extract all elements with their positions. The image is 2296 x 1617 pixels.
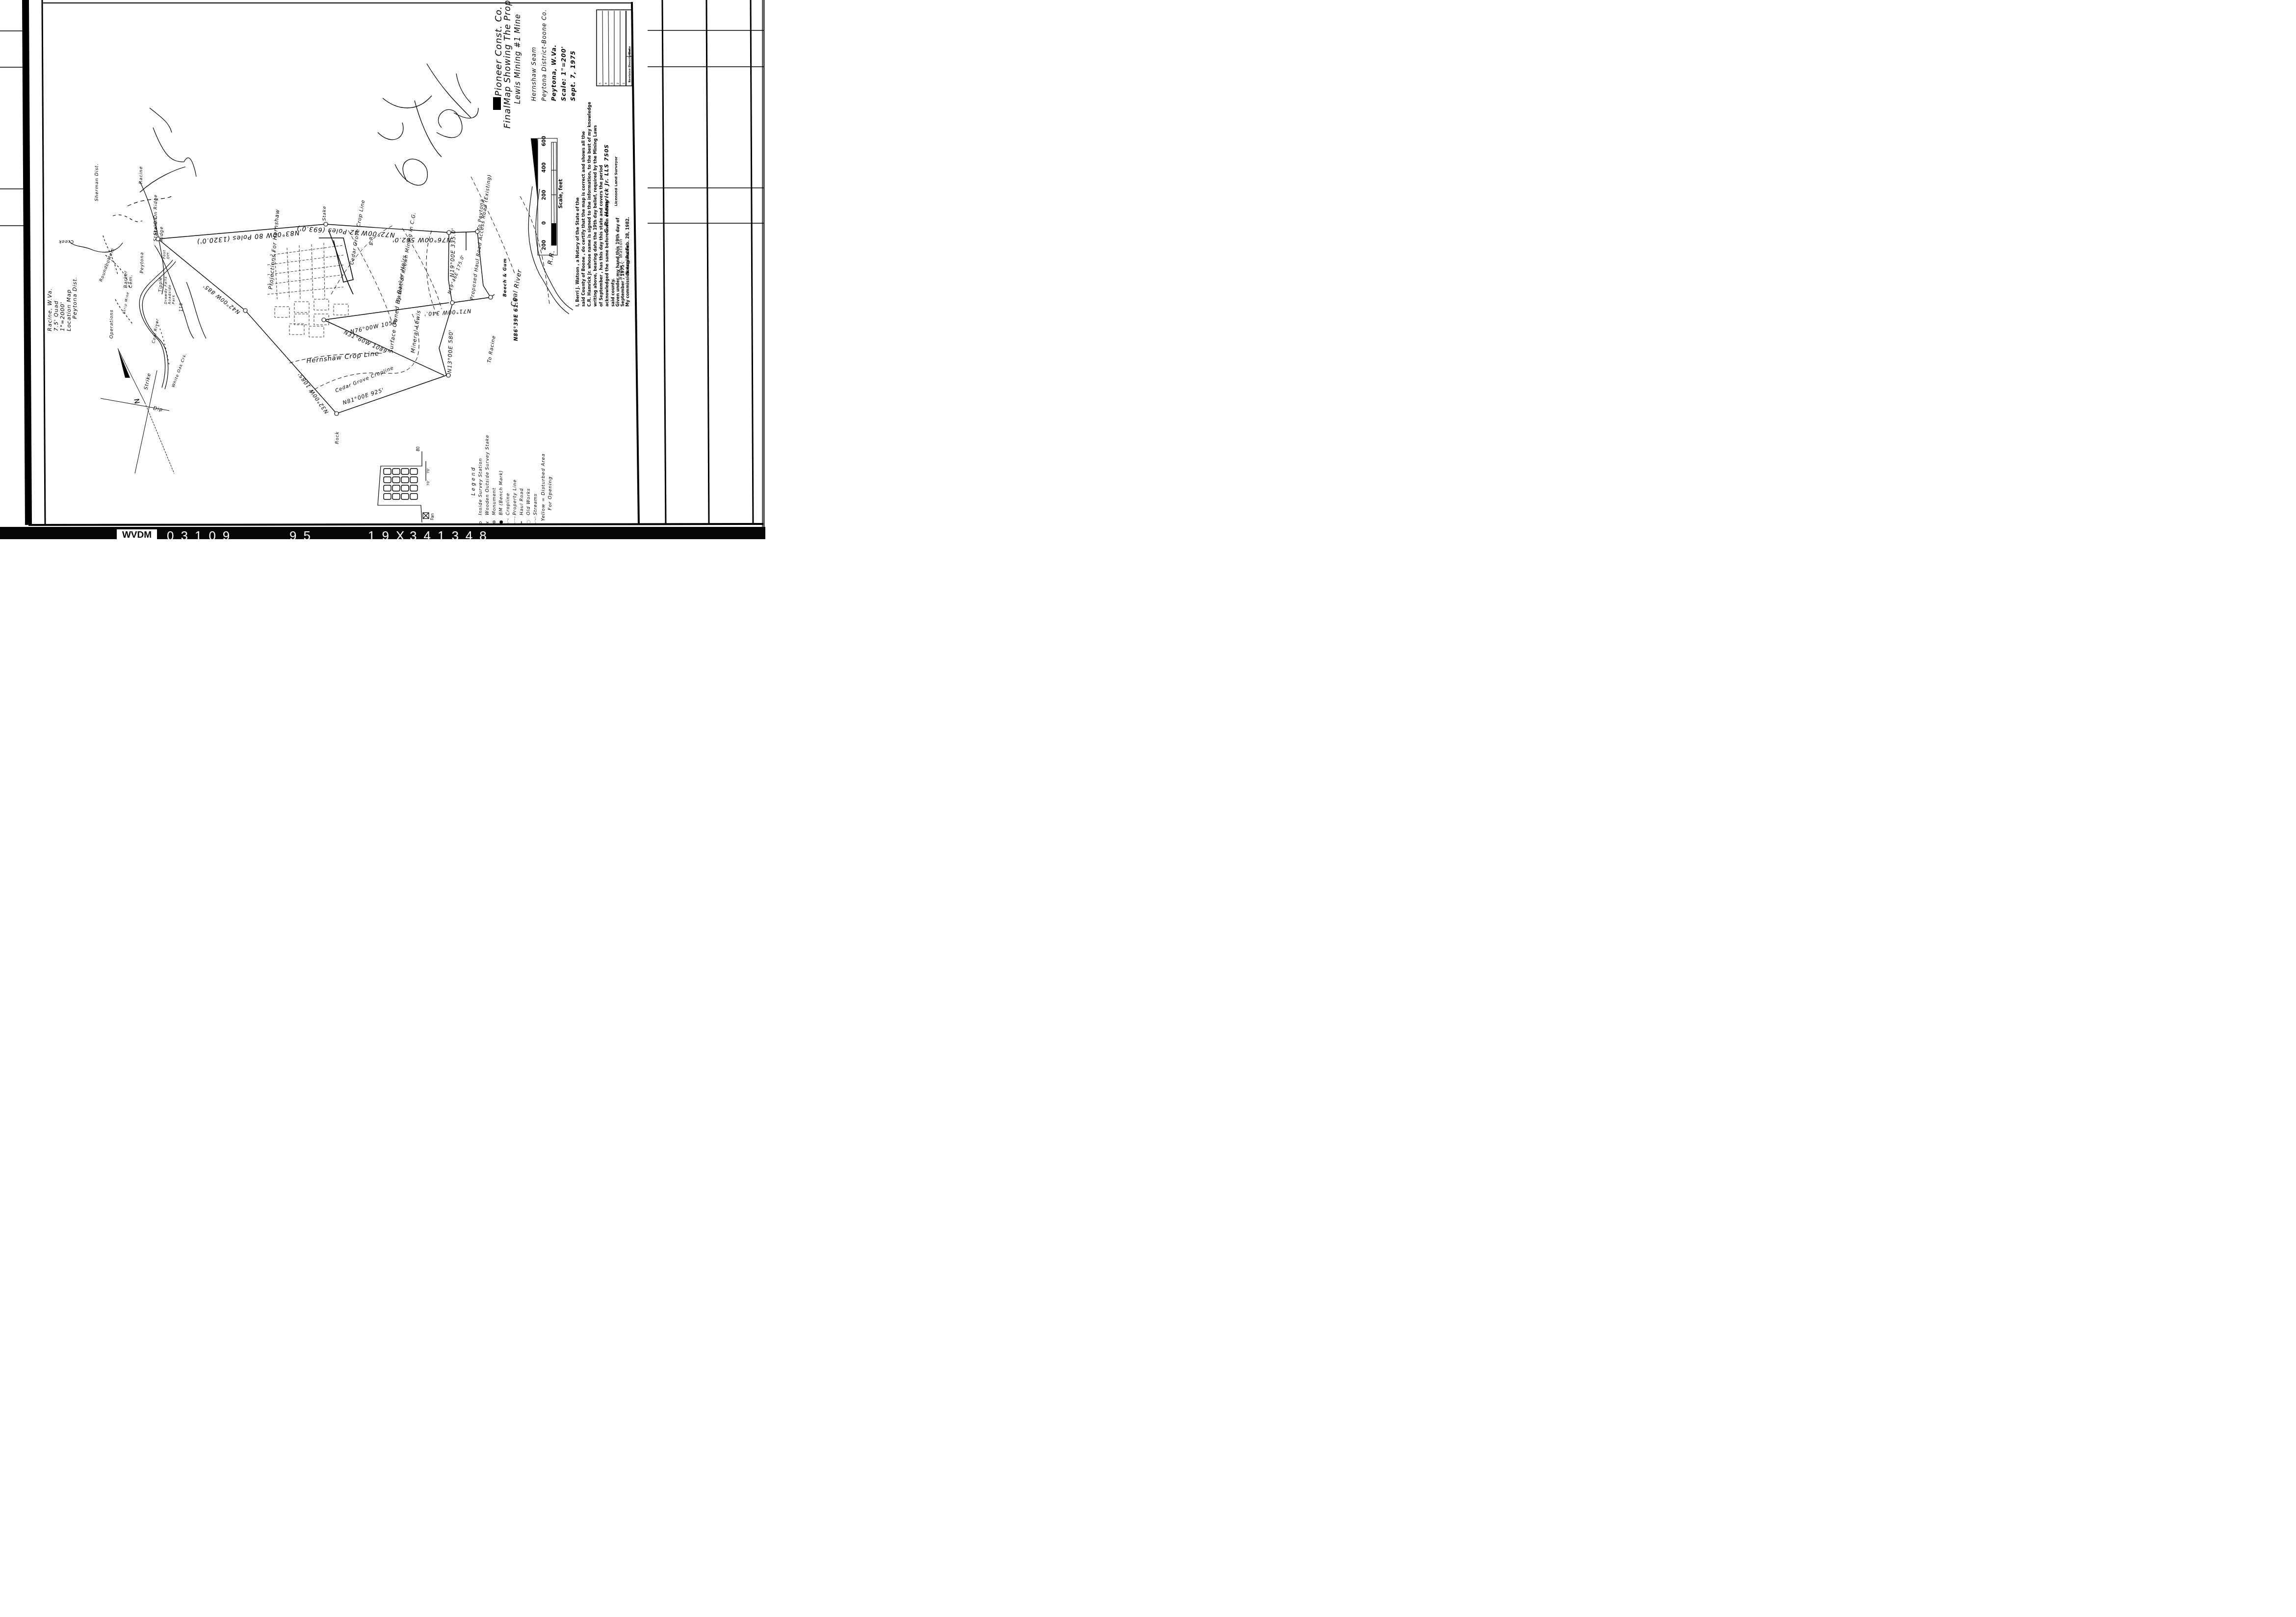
microfilm-strip: WVDM 03109 95 19X 341348 [0, 527, 765, 539]
svg-text:Tipple: Tipple [158, 277, 163, 292]
svg-text:White Oak Crk.: White Oak Crk. [171, 352, 187, 388]
location-map-caption-2: 7.5' Quad [53, 301, 59, 331]
svg-text:Sherman Dist.: Sherman Dist. [95, 163, 100, 201]
svg-text:═: ═ [520, 521, 524, 524]
svg-text:Cedar Grove Cropline: Cedar Grove Cropline [335, 365, 395, 394]
svg-text:writing above, bearing date th: writing above, bearing date the 19th day… [593, 125, 598, 307]
svg-text:To Racine: To Racine [487, 335, 497, 363]
redacted-mark [493, 97, 501, 110]
svg-text:Projections For Hernshaw: Projections For Hernshaw [267, 209, 281, 290]
location-map-labels: Racine, W.Va. 7.5' Quad 1"=2000' Locatio… [47, 163, 187, 388]
svg-text:-·-: -·- [506, 518, 511, 524]
property-boundary [158, 224, 495, 414]
svg-text:200: 200 [542, 240, 547, 250]
svg-text:x: x [485, 521, 490, 524]
portal-detail [378, 451, 429, 522]
svg-text:5: 5 [599, 82, 602, 84]
district-name: Peytona District-Boone Co. [541, 9, 548, 101]
svg-text:N76°00W 562.0': N76°00W 562.0' [392, 236, 451, 243]
svg-text:0: 0 [542, 221, 547, 225]
svg-text:Roadside: Roadside [168, 285, 172, 304]
revision-row-numbers: 1 2 3 4 5 [599, 82, 626, 84]
film-size-code: 19X [368, 528, 407, 539]
svg-text:N42°00W 885': N42°00W 885' [202, 283, 241, 315]
north-arrow-n: N [133, 398, 142, 404]
portal-dim-70a: 70' [426, 468, 430, 473]
svg-text:⊗: ⊗ [492, 520, 497, 524]
sheet-frame [0, 0, 764, 525]
film-edge [762, 0, 765, 527]
mine-workings [267, 243, 348, 337]
svg-text:Cropline: Cropline [506, 493, 511, 515]
notary-signature: Betty J. Watson [619, 238, 624, 280]
dip-label: Dip [153, 406, 163, 413]
legend-title: Legend [471, 466, 476, 496]
svg-text:said county.: said county. [611, 278, 616, 307]
legend-note-1: Yellow = Disturbed Area [541, 453, 546, 521]
north-arrow [101, 348, 174, 473]
svg-text:Hernshaw Crop Line: Hernshaw Crop Line [306, 350, 380, 365]
svg-text:Mineral-Lewis: Mineral-Lewis [410, 310, 422, 353]
svg-text:Peytona: Peytona [140, 252, 145, 273]
svg-text:1: 1 [622, 82, 626, 84]
svg-text:N13°00E 580': N13°00E 580' [446, 330, 454, 373]
svg-text:Operations: Operations [109, 310, 114, 339]
svg-text:Surface Owned By Barker Heirs: Surface Owned By Barker Heirs [388, 254, 408, 353]
revision-header-date: Date [628, 46, 631, 54]
svg-text:Old Works: Old Works [526, 488, 531, 515]
svg-text:Post: Post [162, 250, 166, 259]
strike-label: Strike [143, 372, 152, 391]
svg-text:Proposed Haul Road Access Road: Proposed Haul Road Access Road (Existing… [470, 174, 493, 300]
scale-bar: 200 0 200 400 600 Scale, feet [531, 136, 564, 255]
legend-note-2: For Opening [548, 476, 553, 510]
svg-text:4: 4 [604, 82, 608, 84]
svg-text:Rock: Rock [335, 431, 340, 444]
svg-text:N32°00W 1085': N32°00W 1085' [296, 371, 330, 415]
legend-item: ◌ Old Works [526, 488, 531, 524]
legend-item: -·-· Streams [533, 494, 538, 524]
svg-text:B.R.: B.R. [369, 235, 374, 245]
svg-text:Drawdy Falls: Drawdy Falls [164, 276, 168, 304]
svg-text:600: 600 [542, 136, 547, 146]
title-company: Pioneer Const. Co. [494, 6, 504, 96]
svg-text:Stake On Ridge: Stake On Ridge [154, 194, 158, 235]
svg-text:Cem.: Cem. [129, 275, 133, 288]
surveyor-signature: C.R. Hamrick Jr. LLS 750S [603, 144, 610, 234]
svg-text:Streams: Streams [533, 494, 538, 515]
scale-bar-label: Scale, feet [558, 179, 564, 209]
title-line-2: Lewis Mining #1 Mine [513, 14, 522, 104]
svg-text:Inside Survey Station: Inside Survey Station [478, 458, 483, 515]
legend-item: -·- Cropline [506, 493, 511, 524]
film-archive-label: WVDM [117, 529, 157, 539]
svg-text:Peytona Dist.: Peytona Dist. [72, 277, 78, 319]
svg-text:Park: Park [172, 295, 176, 304]
svg-text:Strip Mine: Strip Mine [122, 291, 130, 314]
location-map-caption-1: Racine, W.Va. [47, 288, 53, 331]
svg-text:200: 200 [542, 190, 547, 200]
notary-title: Notary Public [626, 245, 630, 275]
svg-text:400: 400 [542, 162, 547, 173]
map-sheet: Revision Description Date 1 2 3 4 5 Pion… [0, 0, 765, 539]
svg-text:Property Line: Property Line [513, 479, 518, 515]
location-map-caption-3: 1"=2000' [59, 302, 66, 331]
svg-text:3: 3 [610, 82, 614, 84]
svg-text:o: o [478, 521, 483, 524]
svg-text:N71°00W 340.': N71°00W 340.' [423, 308, 471, 317]
svg-text:C.R. Hamrick Jr. whose name is: C.R. Hamrick Jr. whose name is signed to… [587, 102, 592, 307]
film-document-number: 341348 [410, 528, 522, 539]
svg-text:-·-·: -·-· [533, 516, 538, 524]
bearing-labels: N83°00W 80 Poles (1320.0') N72°00W 42 Po… [196, 224, 519, 415]
title-block: Pioneer Const. Co. Final Map Showing The… [493, 0, 576, 129]
svg-text:Monument: Monument [492, 488, 497, 515]
svg-text:Creek: Creek [58, 239, 74, 244]
legend-item: ⊗ Monument [492, 488, 497, 524]
legend-item: ● BM (Bench Mark) [499, 470, 504, 524]
map-date: Sept. 7, 1975 [570, 51, 576, 101]
svg-text:-··-: -··- [513, 516, 518, 524]
legend-item: ═ Haul Road [520, 488, 524, 524]
film-frame-number: 95 [289, 528, 334, 539]
svg-text:said County of Boone , do cert: said County of Boone , do certify that t… [581, 131, 586, 307]
legend-item: -··- Property Line [513, 479, 518, 524]
location-name: Peytona, W.Va. [550, 44, 557, 101]
svg-text:●: ● [499, 520, 504, 524]
map-scale: Scale: 1"=200' [560, 46, 567, 101]
svg-text:Wooden Outside Survey Stake: Wooden Outside Survey Stake [485, 435, 490, 515]
film-reel-number: 03109 [167, 528, 275, 539]
svg-text:119: 119 [179, 303, 183, 312]
svg-text:Haul Road: Haul Road [520, 488, 524, 515]
svg-text:Barker: Barker [124, 270, 129, 288]
svg-text:I, Berri J. Watson , a Notary: I, Berri J. Watson , a Notary of the Sta… [575, 197, 580, 307]
svg-text:Racine: Racine [139, 166, 144, 184]
seam-name: Hernshaw Seam [530, 47, 537, 101]
title-status: Final [502, 105, 513, 129]
revision-block [597, 10, 632, 86]
portal-fan-label: Fan [430, 513, 435, 520]
legend-item: x Wooden Outside Survey Stake [485, 435, 490, 524]
portal-dim-80: 80 [416, 446, 420, 451]
svg-text:◌: ◌ [526, 520, 531, 524]
legend: Legend o Inside Survey Station x Wooden … [471, 435, 553, 524]
surveyor-title: Licensed Land Surveyor [614, 156, 618, 206]
svg-text:Off.: Off. [166, 251, 170, 259]
svg-text:Roundbottom: Roundbottom [99, 248, 115, 283]
map-drawing: Revision Description Date 1 2 3 4 5 Pion… [0, 0, 765, 527]
svg-text:N81°00E 925': N81°00E 925' [342, 387, 385, 406]
svg-text:N72°00W 42 Poles (693.0'): N72°00W 42 Poles (693.0') [296, 224, 395, 238]
title-line-1: Map Showing The Proposed [503, 0, 513, 105]
svg-text:Beech & Gum: Beech & Gum [503, 258, 508, 297]
svg-text:Coal River: Coal River [510, 268, 523, 307]
legend-item: o Inside Survey Station [478, 458, 483, 524]
portal-dim-70b: 70' [426, 480, 430, 486]
svg-text:BM (Bench Mark): BM (Bench Mark) [499, 470, 504, 515]
svg-text:Stake: Stake [322, 206, 327, 221]
survey-stations [156, 222, 493, 416]
svg-text:2: 2 [616, 82, 620, 84]
